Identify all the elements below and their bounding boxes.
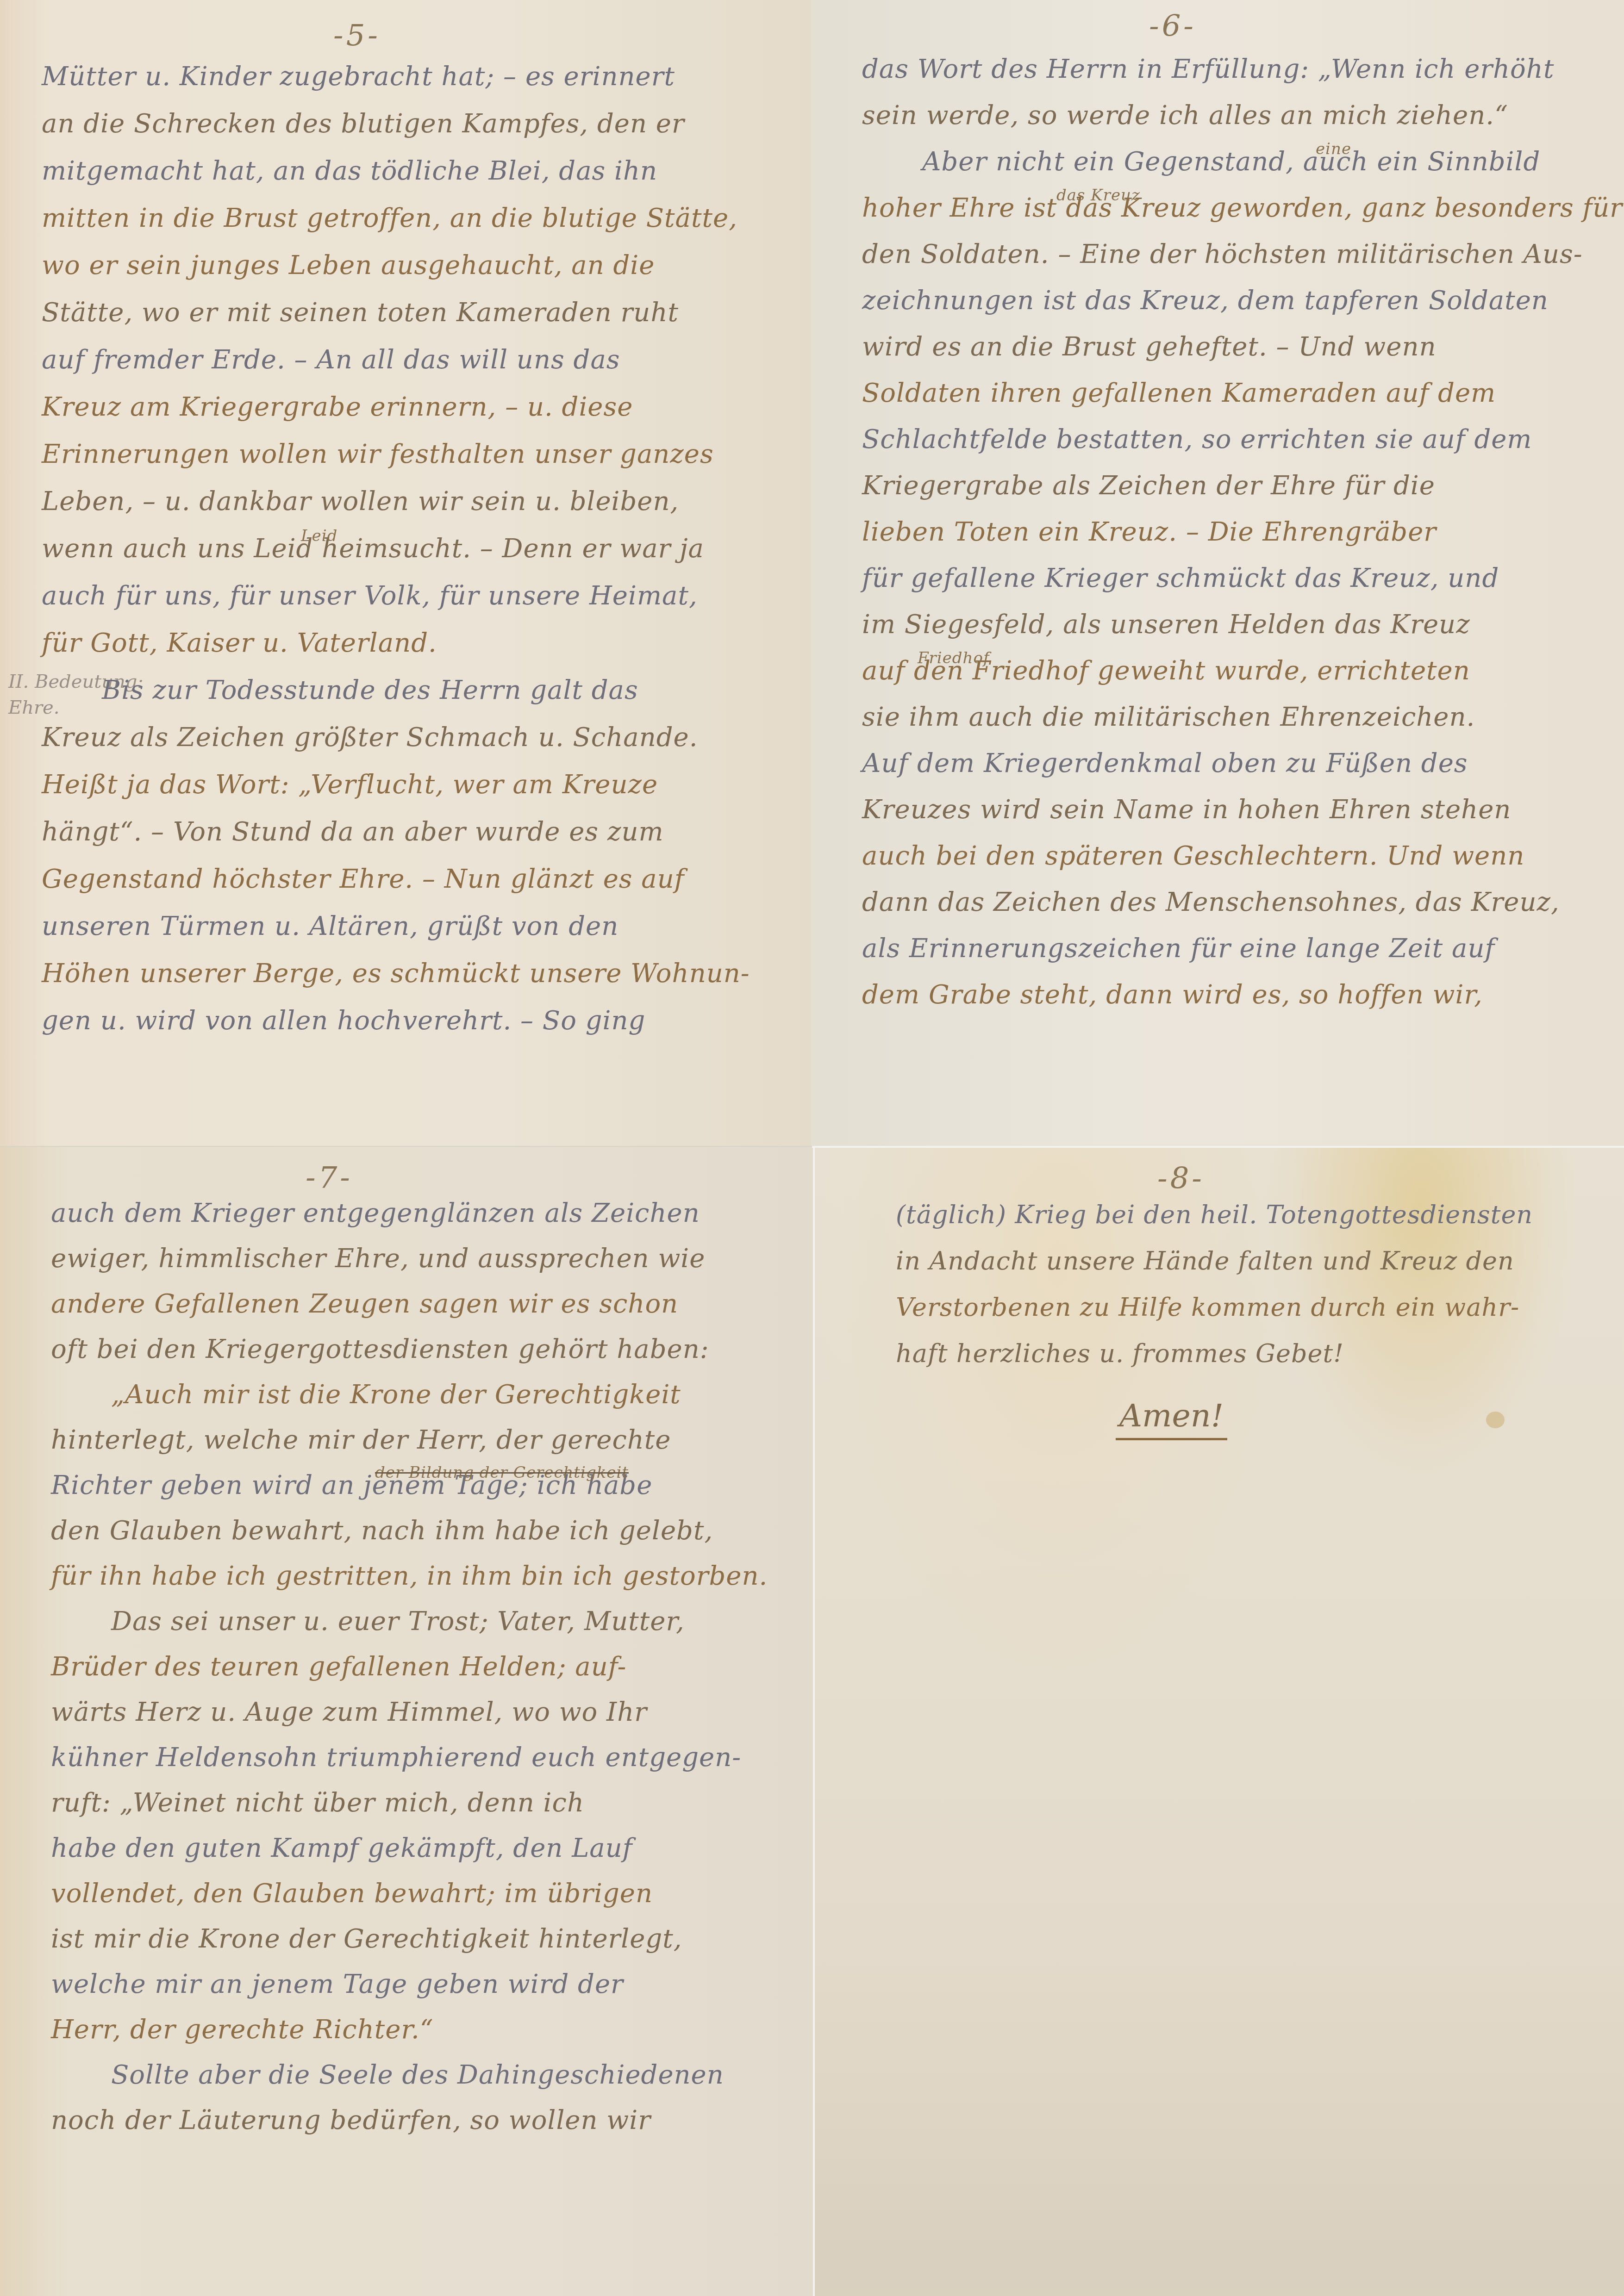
text-line: Kreuz als Zeichen größter Schmach u. Sch… <box>42 714 811 761</box>
text-line: in Andacht unsere Hände falten und Kreuz… <box>896 1238 1624 1284</box>
text-line: ruft: „Weinet nicht über mich, denn ich <box>51 1780 813 1826</box>
text-line: Brüder des teuren gefallenen Helden; auf… <box>51 1644 813 1690</box>
text-line: mitgemacht hat, an das tödliche Blei, da… <box>42 148 811 195</box>
manuscript-page-6: -6- das Wort des Herrn in Erfüllung: „We… <box>811 0 1624 1146</box>
page-divider-horizontal <box>812 1146 1624 1148</box>
text-line: hoher Ehre ist das Kreuz geworden, ganz … <box>862 193 1623 223</box>
page-number: -5- <box>333 19 381 53</box>
page-divider-vertical <box>813 1147 815 2296</box>
text-line-with-insertion: Aber nicht ein Gegenstand, auch ein Sinn… <box>862 139 1624 185</box>
text-line: mitten in die Brust getroffen, an die bl… <box>42 195 811 242</box>
text-line: vollendet, den Glauben bewahrt; im übrig… <box>51 1871 813 1916</box>
text-line: Kreuzes wird sein Name in hohen Ehren st… <box>862 787 1624 833</box>
text-line: sein werde, so werde ich alles an mich z… <box>862 93 1624 139</box>
text-line: ist mir die Krone der Gerechtigkeit hint… <box>51 1916 813 1962</box>
text-line: zeichnungen ist das Kreuz, dem tapferen … <box>862 278 1624 324</box>
text-line: Aber nicht ein Gegenstand, auch ein Sinn… <box>922 147 1540 177</box>
insertion-above-line: das Kreuz <box>1056 172 1140 218</box>
text-line: Leben, – u. dankbar wollen wir sein u. b… <box>42 478 811 525</box>
text-line: habe den guten Kampf gekämpft, den Lauf <box>51 1826 813 1871</box>
text-line: wird es an die Brust geheftet. – Und wen… <box>862 324 1624 370</box>
insertion-above-line: Friedhof <box>918 635 990 681</box>
text-line: für Gott, Kaiser u. Vaterland. <box>42 620 811 667</box>
text-line: dann das Zeichen des Menschensohnes, das… <box>862 879 1624 926</box>
text-line: Auf dem Kriegerdenkmal oben zu Füßen des <box>862 740 1624 787</box>
text-line: Bis zur Todesstunde des Herrn galt das <box>42 667 811 714</box>
text-line: auf fremder Erde. – An all das will uns … <box>42 336 811 384</box>
text-line: auch dem Krieger entgegenglänzen als Zei… <box>51 1191 813 1236</box>
closing-amen: Amen! <box>1116 1398 1227 1440</box>
page-number: -6- <box>1149 9 1196 44</box>
text-line: für ihn habe ich gestritten, in ihm bin … <box>51 1554 813 1599</box>
text-line: sie ihm auch die militärischen Ehrenzeic… <box>862 694 1624 740</box>
text-line: Gegenstand höchster Ehre. – Nun glänzt e… <box>42 856 811 903</box>
ink-stain <box>1486 1412 1505 1428</box>
page-text: auch dem Krieger entgegenglänzen als Zei… <box>0 1191 813 2143</box>
text-line: wenn auch uns Leid heimsucht. – Denn er … <box>42 534 704 564</box>
text-line: wo er sein junges Leben ausgehaucht, an … <box>42 242 811 289</box>
text-line: oft bei den Kriegergottesdiensten gehört… <box>51 1327 813 1372</box>
page-text: das Wort des Herrn in Erfüllung: „Wenn i… <box>811 46 1624 1018</box>
struck-insertion: der Bildung der Gerechtigkeit <box>375 1450 629 1495</box>
text-line: hängt“. – Von Stund da an aber wurde es … <box>42 809 811 856</box>
text-line-with-insertion: auf den Friedhof geweiht wurde, errichte… <box>862 648 1624 694</box>
text-line: lieben Toten ein Kreuz. – Die Ehrengräbe… <box>862 509 1624 555</box>
text-line: kühner Heldensohn triumphierend euch ent… <box>51 1735 813 1780</box>
text-line-with-insertion: Richter geben wird an jenem Tage; ich ha… <box>51 1463 813 1508</box>
text-line: dem Grabe steht, dann wird es, so hoffen… <box>862 972 1624 1018</box>
manuscript-page-5: -5- II. Bedeutung: Ehre. Mütter u. Kinde… <box>0 0 811 1146</box>
text-line: an die Schrecken des blutigen Kampfes, d… <box>42 100 811 148</box>
text-line-with-insertion: hoher Ehre ist das Kreuz geworden, ganz … <box>862 185 1624 231</box>
page-number: -7- <box>306 1161 353 1195</box>
text-line: Verstorbenen zu Hilfe kommen durch ein w… <box>896 1284 1624 1331</box>
text-line-with-insertion: wenn auch uns Leid heimsucht. – Denn er … <box>42 525 811 572</box>
text-line: Mütter u. Kinder zugebracht hat; – es er… <box>42 53 811 100</box>
text-line: noch der Läuterung bedürfen, so wollen w… <box>51 2098 813 2143</box>
text-line: auch für uns, für unser Volk, für unsere… <box>42 572 811 620</box>
manuscript-page-8: -8- (täglich) Krieg bei den heil. Toteng… <box>815 1148 1624 2296</box>
text-line: Sollte aber die Seele des Dahingeschiede… <box>51 2053 813 2098</box>
text-line: auch bei den späteren Geschlechtern. Und… <box>862 833 1624 879</box>
text-line: Heißt ja das Wort: „Verflucht, wer am Kr… <box>42 761 811 809</box>
text-line: „Auch mir ist die Krone der Gerechtigkei… <box>51 1372 813 1418</box>
text-line: Stätte, wo er mit seinen toten Kameraden… <box>42 289 811 336</box>
text-line: Kreuz am Kriegergrabe erinnern, – u. die… <box>42 384 811 431</box>
text-line: welche mir an jenem Tage geben wird der <box>51 1962 813 2007</box>
text-line: (täglich) Krieg bei den heil. Totengotte… <box>896 1192 1624 1238</box>
text-line: Erinnerungen wollen wir festhalten unser… <box>42 431 811 478</box>
text-line: andere Gefallenen Zeugen sagen wir es sc… <box>51 1282 813 1327</box>
text-line: ewiger, himmlischer Ehre, und ausspreche… <box>51 1236 813 1282</box>
text-line: Herr, der gerechte Richter.“ <box>51 2007 813 2053</box>
text-line: Kriegergrabe als Zeichen der Ehre für di… <box>862 463 1624 509</box>
page-text: (täglich) Krieg bei den heil. Totengotte… <box>815 1192 1624 1377</box>
page-number: -8- <box>1157 1162 1205 1196</box>
text-line: für gefallene Krieger schmückt das Kreuz… <box>862 555 1624 602</box>
text-line: Höhen unserer Berge, es schmückt unsere … <box>42 950 811 997</box>
text-line: Das sei unser u. euer Trost; Vater, Mutt… <box>51 1599 813 1644</box>
text-line: Schlachtfelde bestatten, so errichten si… <box>862 417 1624 463</box>
text-line: als Erinnerungszeichen für eine lange Ze… <box>862 926 1624 972</box>
text-line: wärts Herz u. Auge zum Himmel, wo wo Ihr <box>51 1690 813 1735</box>
text-line: haft herzliches u. frommes Gebet! <box>896 1331 1624 1377</box>
text-line: den Glauben bewahrt, nach ihm habe ich g… <box>51 1508 813 1554</box>
text-line: das Wort des Herrn in Erfüllung: „Wenn i… <box>862 46 1624 93</box>
insertion-above-line: Leid <box>301 512 337 560</box>
insertion-above-line: eine <box>1316 126 1351 172</box>
manuscript-page-7: -7- auch dem Krieger entgegenglänzen als… <box>0 1147 813 2296</box>
text-line: unseren Türmen u. Altären, grüßt von den <box>42 903 811 950</box>
text-line: gen u. wird von allen hochverehrt. – So … <box>42 997 811 1045</box>
page-text: Mütter u. Kinder zugebracht hat; – es er… <box>0 53 811 1045</box>
text-line: Soldaten ihren gefallenen Kameraden auf … <box>862 370 1624 417</box>
text-line: den Soldaten. – Eine der höchsten militä… <box>862 231 1624 278</box>
